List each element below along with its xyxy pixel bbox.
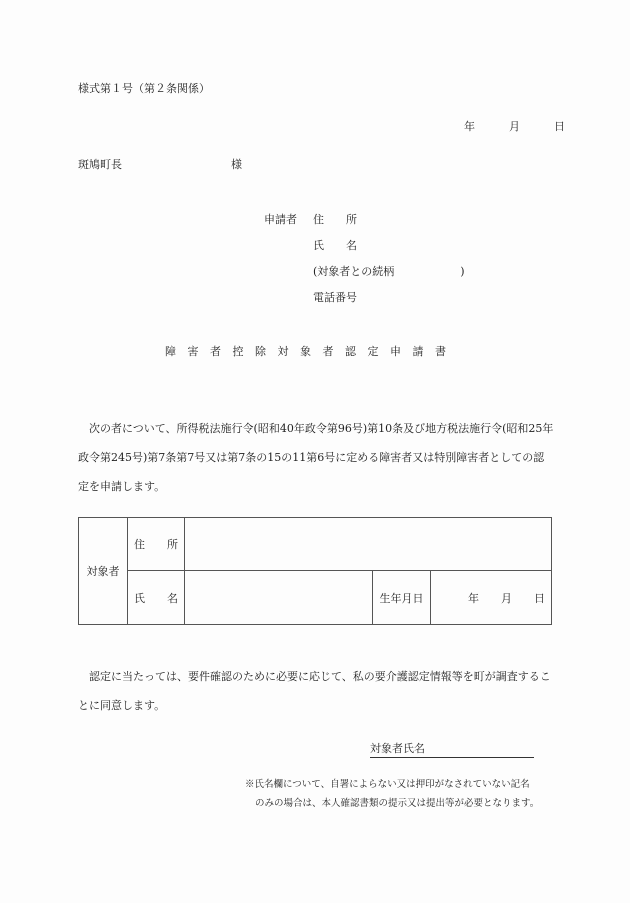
subject-table: 対象者 住所 氏名 生年月日 年 月 日 (78, 517, 552, 625)
note-line-2: のみの場合は、本人確認書類の提示又は提出等が必要となります。 (255, 795, 539, 809)
form-number: 様式第１号（第２条関係） (78, 80, 210, 96)
document-title: 障害者控除対象者認定申請書 (165, 343, 458, 359)
signature-label: 対象者氏名 (370, 742, 425, 755)
subject-address-label: 住所 (128, 518, 185, 571)
applicant-label: 申請者 (264, 211, 297, 227)
date-year: 年 (464, 118, 475, 134)
subject-header: 対象者 (79, 518, 128, 625)
subject-name-field[interactable] (185, 571, 373, 625)
date-line: 年 月 日 (464, 118, 565, 134)
signature-line[interactable]: 対象者氏名 (370, 740, 534, 758)
subject-address-field[interactable] (185, 518, 552, 571)
application-paragraph: 次の者について、所得税法施行令(昭和40年政令第96号)第10条及び地方税法施行… (78, 414, 554, 501)
applicant-relationship-label: (対象者との続柄 ) (313, 263, 465, 279)
date-month: 月 (509, 118, 520, 134)
birth-date-field[interactable]: 年 月 日 (431, 571, 552, 625)
birth-date-label: 生年月日 (373, 571, 431, 625)
applicant-name-label: 氏 名 (313, 237, 357, 253)
addressee: 斑鳩町長 (78, 156, 122, 172)
applicant-address-label: 住 所 (313, 211, 357, 227)
subject-name-label: 氏名 (128, 571, 185, 625)
honorific: 様 (231, 156, 242, 172)
applicant-phone-label: 電話番号 (313, 289, 357, 305)
consent-paragraph: 認定に当たっては、要件確認のために必要に応じて、私の要介護認定情報等を町が調査す… (78, 662, 554, 720)
date-day: 日 (554, 118, 565, 134)
note-line-1: ※氏名欄について、自署によらない又は押印がなされていない記名 (245, 776, 530, 790)
